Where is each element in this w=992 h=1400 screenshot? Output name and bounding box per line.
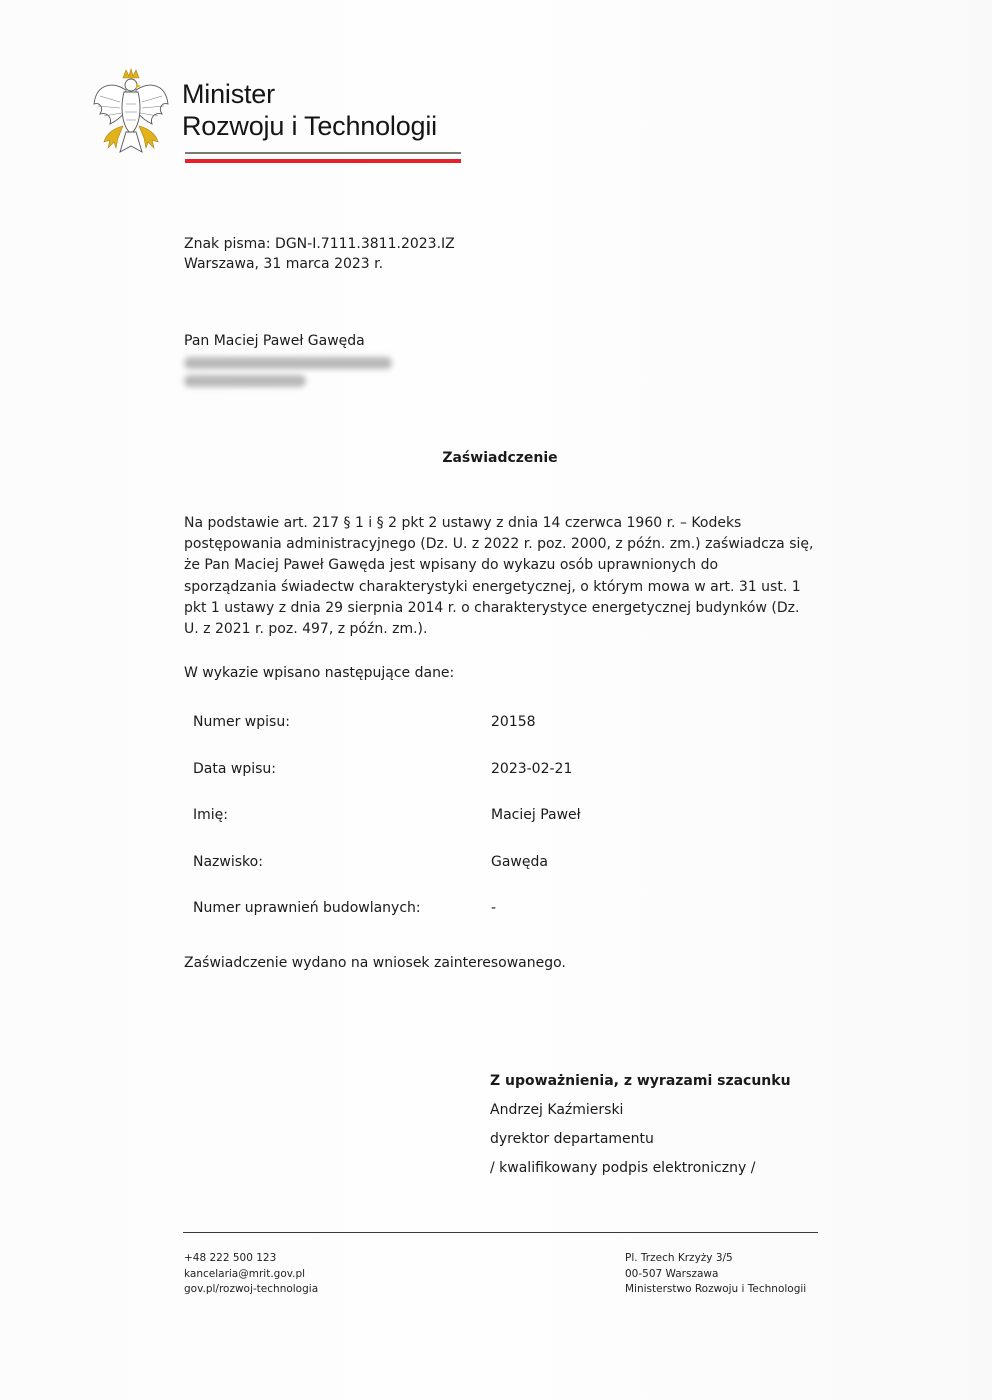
entry-value: - bbox=[491, 900, 496, 947]
footer-email: kancelaria@mrit.gov.pl bbox=[184, 1267, 318, 1283]
registry-entries: Numer wpisu: 20158 Data wpisu: 2023-02-2… bbox=[193, 714, 581, 947]
document-page: Minister Rozwoju i Technologii Znak pism… bbox=[0, 0, 992, 1400]
signature-note: / kwalifikowany podpis elektroniczny / bbox=[490, 1154, 791, 1183]
header-rule-red bbox=[185, 159, 461, 163]
entry-value: 2023-02-21 bbox=[491, 761, 572, 808]
document-body: Na podstawie art. 217 § 1 i § 2 pkt 2 us… bbox=[184, 513, 814, 640]
entry-row: Numer wpisu: 20158 bbox=[193, 714, 581, 761]
entry-row: Data wpisu: 2023-02-21 bbox=[193, 761, 581, 808]
ministry-line-1: Minister bbox=[182, 78, 437, 110]
addressee-address-line-1-redacted bbox=[184, 357, 392, 369]
signatory-name: Andrzej Kaźmierski bbox=[490, 1096, 791, 1125]
signature-block: Z upoważnienia, z wyrazami szacunku Andr… bbox=[490, 1067, 791, 1183]
signatory-position: dyrektor departamentu bbox=[490, 1125, 791, 1154]
entry-label: Data wpisu: bbox=[193, 761, 491, 808]
entries-intro: W wykazie wpisano następujące dane: bbox=[184, 665, 454, 681]
entry-row: Imię: Maciej Paweł bbox=[193, 807, 581, 854]
entry-value: 20158 bbox=[491, 714, 536, 761]
letter-meta: Znak pisma: DGN-I.7111.3811.2023.IZ Wars… bbox=[184, 234, 455, 274]
entry-label: Numer wpisu: bbox=[193, 714, 491, 761]
footer-address-line-2: 00-507 Warszawa bbox=[625, 1267, 806, 1283]
footer-phone: +48 222 500 123 bbox=[184, 1251, 318, 1267]
entry-value: Gawęda bbox=[491, 854, 548, 901]
entry-label: Numer uprawnień budowlanych: bbox=[193, 900, 491, 947]
footer-rule bbox=[183, 1232, 818, 1233]
place-and-date: Warszawa, 31 marca 2023 r. bbox=[184, 254, 455, 274]
reference-number: Znak pisma: DGN-I.7111.3811.2023.IZ bbox=[184, 234, 455, 254]
footer-website: gov.pl/rozwoj-technologia bbox=[184, 1282, 318, 1298]
addressee-name: Pan Maciej Paweł Gawęda bbox=[184, 331, 392, 351]
addressee-address-line-2-redacted bbox=[184, 375, 306, 387]
footer-institution: Ministerstwo Rozwoju i Technologii bbox=[625, 1282, 806, 1298]
footer-address-line-1: Pl. Trzech Krzyży 3/5 bbox=[625, 1251, 806, 1267]
closing-statement: Zaświadczenie wydano na wniosek zaintere… bbox=[184, 955, 566, 971]
entry-value: Maciej Paweł bbox=[491, 807, 581, 854]
footer-contact: +48 222 500 123 kancelaria@mrit.gov.pl g… bbox=[184, 1251, 318, 1298]
ministry-name: Minister Rozwoju i Technologii bbox=[182, 78, 437, 142]
footer-address: Pl. Trzech Krzyży 3/5 00-507 Warszawa Mi… bbox=[625, 1251, 806, 1298]
signature-salutation: Z upoważnienia, z wyrazami szacunku bbox=[490, 1067, 791, 1096]
entry-row: Numer uprawnień budowlanych: - bbox=[193, 900, 581, 947]
document-title: Zaświadczenie bbox=[0, 450, 992, 466]
addressee-block: Pan Maciej Paweł Gawęda bbox=[184, 331, 392, 387]
ministry-line-2: Rozwoju i Technologii bbox=[182, 110, 437, 142]
white-eagle-emblem-icon bbox=[90, 68, 172, 164]
entry-label: Nazwisko: bbox=[193, 854, 491, 901]
entry-row: Nazwisko: Gawęda bbox=[193, 854, 581, 901]
entry-label: Imię: bbox=[193, 807, 491, 854]
header-rule-gray bbox=[185, 152, 461, 154]
